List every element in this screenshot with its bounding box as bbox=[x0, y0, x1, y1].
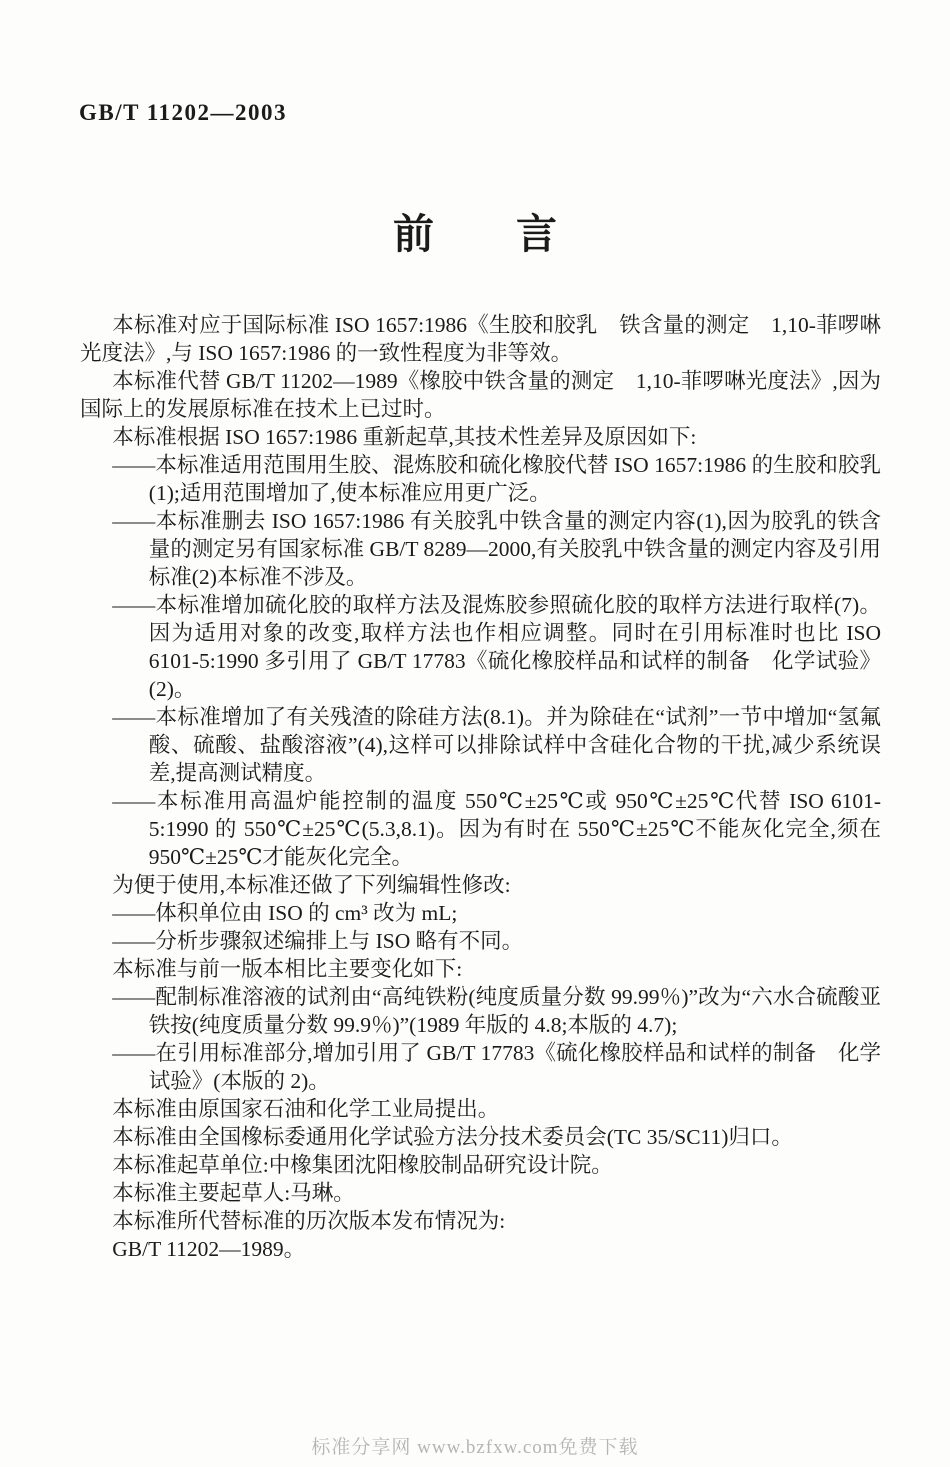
paragraph: 本标准由原国家石油和化学工业局提出。 bbox=[80, 1095, 881, 1123]
list-item: ——体积单位由 ISO 的 cm³ 改为 mL; bbox=[80, 899, 881, 927]
list-item: ——本标准用高温炉能控制的温度 550℃±25℃或 950℃±25℃代替 ISO… bbox=[80, 787, 881, 871]
paragraph: 本标准与前一版本相比主要变化如下: bbox=[80, 955, 881, 983]
list-item: ——配制标准溶液的试剂由“高纯铁粉(纯度质量分数 99.99％)”改为“六水合硫… bbox=[80, 983, 881, 1039]
list-item: ——在引用标准部分,增加引用了 GB/T 17783《硫化橡胶样品和试样的制备 … bbox=[80, 1039, 881, 1095]
paragraph: GB/T 11202—1989。 bbox=[80, 1235, 881, 1263]
page-title: 前言 bbox=[0, 212, 950, 257]
paragraph: 本标准对应于国际标准 ISO 1657:1986《生胶和胶乳 铁含量的测定 1,… bbox=[80, 311, 881, 367]
page-title-char-right: 言 bbox=[516, 211, 557, 257]
list-item: ——本标准删去 ISO 1657:1986 有关胶乳中铁含量的测定内容(1),因… bbox=[80, 507, 881, 591]
list-item: ——本标准增加硫化胶的取样方法及混炼胶参照硫化胶的取样方法进行取样(7)。因为适… bbox=[80, 591, 881, 703]
page-title-char-left: 前 bbox=[393, 211, 434, 257]
list-item: ——本标准适用范围用生胶、混炼胶和硫化橡胶代替 ISO 1657:1986 的生… bbox=[80, 451, 881, 507]
watermark-text: 标准分享网 www.bzfxw.com免费下载 bbox=[311, 1437, 638, 1458]
paragraph: 本标准所代替标准的历次版本发布情况为: bbox=[80, 1207, 881, 1235]
paragraph: 本标准根据 ISO 1657:1986 重新起草,其技术性差异及原因如下: bbox=[80, 423, 881, 451]
standard-number: GB/T 11202—2003 bbox=[79, 100, 287, 126]
paragraph: 本标准代替 GB/T 11202—1989《橡胶中铁含量的测定 1,10-菲啰啉… bbox=[80, 367, 881, 423]
paragraph: 为便于使用,本标准还做了下列编辑性修改: bbox=[80, 871, 881, 899]
list-item: ——分析步骤叙述编排上与 ISO 略有不同。 bbox=[80, 927, 881, 955]
paragraph: 本标准起草单位:中橡集团沈阳橡胶制品研究设计院。 bbox=[80, 1151, 881, 1179]
watermark-footer: 标准分享网 www.bzfxw.com免费下载 bbox=[0, 1432, 950, 1459]
foreword-body: 本标准对应于国际标准 ISO 1657:1986《生胶和胶乳 铁含量的测定 1,… bbox=[80, 311, 881, 1263]
paragraph: 本标准由全国橡标委通用化学试验方法分技术委员会(TC 35/SC11)归口。 bbox=[80, 1123, 881, 1151]
document-page: GB/T 11202—2003 前言 本标准对应于国际标准 ISO 1657:1… bbox=[0, 0, 950, 1467]
paragraph: 本标准主要起草人:马琳。 bbox=[80, 1179, 881, 1207]
list-item: ——本标准增加了有关残渣的除硅方法(8.1)。并为除硅在“试剂”一节中增加“氢氟… bbox=[80, 703, 881, 787]
